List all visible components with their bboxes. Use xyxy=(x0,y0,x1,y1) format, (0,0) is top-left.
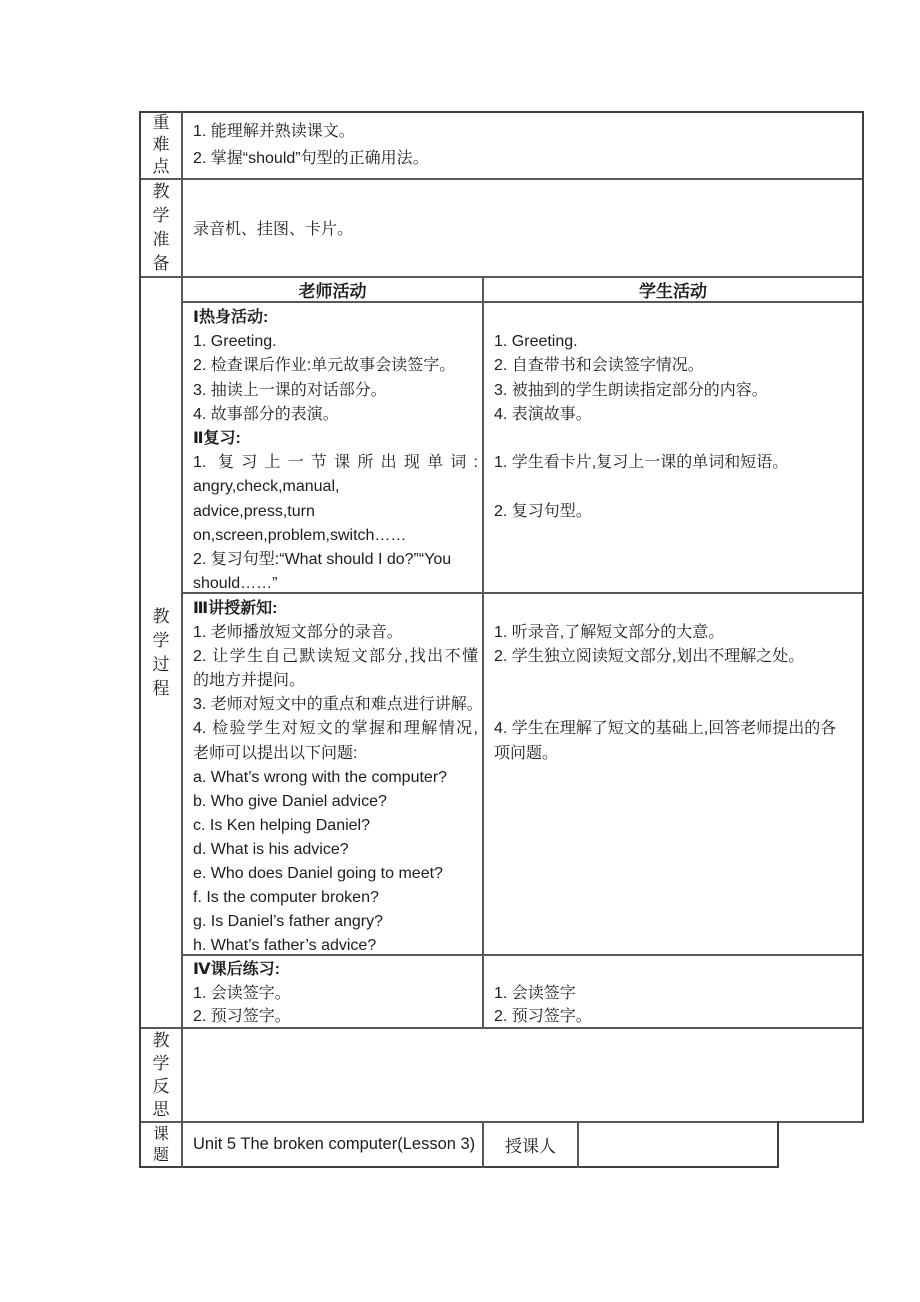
text-line: 1. 复习上一节课所出现单词: xyxy=(193,451,478,475)
text-line: 2. 学生独立阅读短文部分,划出不理解之处。 xyxy=(494,645,858,669)
text-line: b. Who give Daniel advice? xyxy=(193,790,478,814)
text-line: 项问题。 xyxy=(494,742,858,766)
text-line: 2. 掌握“should”句型的正确用法。 xyxy=(193,145,862,172)
cell-key-points-label: 重难点 xyxy=(141,113,181,177)
cell-warmup-review-student: 1. Greeting.2. 自查带书和会读签字情况。3. 被抽到的学生朗读指定… xyxy=(484,303,862,592)
text-line: 2. 检查课后作业:单元故事会读签字。 xyxy=(193,354,478,378)
text-line: 4. 表演故事。 xyxy=(494,403,858,427)
cell-warmup-review-teacher: Ⅰ热身活动:1. Greeting.2. 检查课后作业:单元故事会读签字。3. … xyxy=(183,303,482,592)
text-line: should……” xyxy=(193,572,478,592)
row-label: 重难点 xyxy=(151,113,171,177)
cell-instructor-value xyxy=(579,1122,777,1167)
text-line: 3. 被抽到的学生朗读指定部分的内容。 xyxy=(494,379,858,403)
text-line: a. What’s wrong with the computer? xyxy=(193,766,478,790)
cell-lesson-title: Unit 5 The broken computer(Lesson 3) xyxy=(183,1122,482,1167)
text-line: 1. 能理解并熟读课文。 xyxy=(193,118,862,145)
instructor-label-text: 授课人 xyxy=(505,1132,556,1157)
lesson-title-text: Unit 5 The broken computer(Lesson 3) xyxy=(193,1135,475,1154)
lesson-plan-document: 重难点 1. 能理解并熟读课文。 2. 掌握“should”句型的正确用法。 教… xyxy=(0,0,920,1302)
cell-new-knowledge-teacher: Ⅲ讲授新知:1. 老师播放短文部分的录音。2. 让学生自己默读短文部分,找出不懂… xyxy=(183,594,482,954)
text-line: 老师可以提出以下问题: xyxy=(193,742,478,766)
text-line: angry,check,manual, xyxy=(193,475,478,499)
text-line: 1. 老师播放短文部分的录音。 xyxy=(193,621,478,645)
text-line: Ⅱ复习: xyxy=(193,427,478,451)
cell-homework-student: 1. 会读签字2. 预习签字。 xyxy=(484,956,862,1027)
row-label: 教学过程 xyxy=(151,605,171,701)
text-line: e. Who does Daniel going to meet? xyxy=(193,862,478,886)
text-line: 1. 听录音,了解短文部分的大意。 xyxy=(494,621,858,645)
cell-process-label: 教学过程 xyxy=(141,279,181,1026)
text-line: advice,press,turn xyxy=(193,500,478,524)
text-line: 1. Greeting. xyxy=(193,330,478,354)
text-line xyxy=(494,693,858,717)
cell-preparation-label: 教学准备 xyxy=(141,181,181,275)
text-line: Ⅰ热身活动: xyxy=(193,306,478,330)
text-line: 录音机、挂图、卡片。 xyxy=(193,216,353,239)
cell-reflection-content xyxy=(183,1029,862,1120)
text-line: 1. 学生看卡片,复习上一课的单词和短语。 xyxy=(494,451,858,475)
row-label: 教学准备 xyxy=(151,181,171,275)
cell-key-points-content: 1. 能理解并熟读课文。 2. 掌握“should”句型的正确用法。 xyxy=(183,112,862,178)
text-line: 1. 会读签字。 xyxy=(193,982,478,1006)
column-header-text: 老师活动 xyxy=(299,277,367,301)
text-line xyxy=(494,597,858,621)
text-line: 2. 复习句型。 xyxy=(494,500,858,524)
cell-homework-teacher: Ⅳ课后练习:1. 会读签字。2. 预习签字。 xyxy=(183,956,482,1027)
text-line xyxy=(494,669,858,693)
text-line: f. Is the computer broken? xyxy=(193,886,478,910)
text-line: g. Is Daniel’s father angry? xyxy=(193,910,478,934)
text-line: 3. 抽读上一课的对话部分。 xyxy=(193,379,478,403)
text-line: 4. 检验学生对短文的掌握和理解情况, xyxy=(193,717,478,741)
text-line: 3. 老师对短文中的重点和难点进行讲解。 xyxy=(193,693,478,717)
text-line: 2. 预习签字。 xyxy=(193,1005,478,1027)
column-header-teacher: 老师活动 xyxy=(183,277,482,301)
cell-reflection-label: 教学反思 xyxy=(141,1029,181,1120)
cell-lesson-title-label: 课题 xyxy=(141,1123,181,1166)
text-line: 2. 复习句型:“What should I do?”“You xyxy=(193,548,478,572)
text-line: 4. 学生在理解了短文的基础上,回答老师提出的各 xyxy=(494,717,858,741)
footer-border-right xyxy=(777,1121,779,1168)
cell-instructor-label: 授课人 xyxy=(484,1122,577,1167)
text-line xyxy=(494,958,858,982)
text-line: Ⅳ课后练习: xyxy=(193,958,478,982)
table-border-right xyxy=(862,111,864,1123)
text-line: 4. 故事部分的表演。 xyxy=(193,403,478,427)
text-line: 2. 让学生自己默读短文部分,找出不懂 xyxy=(193,645,478,669)
row-label: 教学反思 xyxy=(151,1029,171,1120)
cell-new-knowledge-student: 1. 听录音,了解短文部分的大意。2. 学生独立阅读短文部分,划出不理解之处。4… xyxy=(484,594,862,954)
row-label: 课题 xyxy=(151,1124,171,1166)
text-line xyxy=(494,306,858,330)
column-header-student: 学生活动 xyxy=(484,277,862,301)
text-line: 1. 会读签字 xyxy=(494,982,858,1006)
text-line: 的地方并提问。 xyxy=(193,669,478,693)
text-line: Ⅲ讲授新知: xyxy=(193,597,478,621)
text-line xyxy=(494,427,858,451)
text-line: d. What is his advice? xyxy=(193,838,478,862)
text-line: on,screen,problem,switch…… xyxy=(193,524,478,548)
text-line: c. Is Ken helping Daniel? xyxy=(193,814,478,838)
text-line: 1. Greeting. xyxy=(494,330,858,354)
text-line xyxy=(494,475,858,499)
text-line: h. What’s father’s advice? xyxy=(193,934,478,954)
text-line: 2. 自查带书和会读签字情况。 xyxy=(494,354,858,378)
cell-preparation-content: 录音机、挂图、卡片。 xyxy=(183,179,862,276)
text-line: 2. 预习签字。 xyxy=(494,1005,858,1027)
column-header-text: 学生活动 xyxy=(639,277,707,301)
